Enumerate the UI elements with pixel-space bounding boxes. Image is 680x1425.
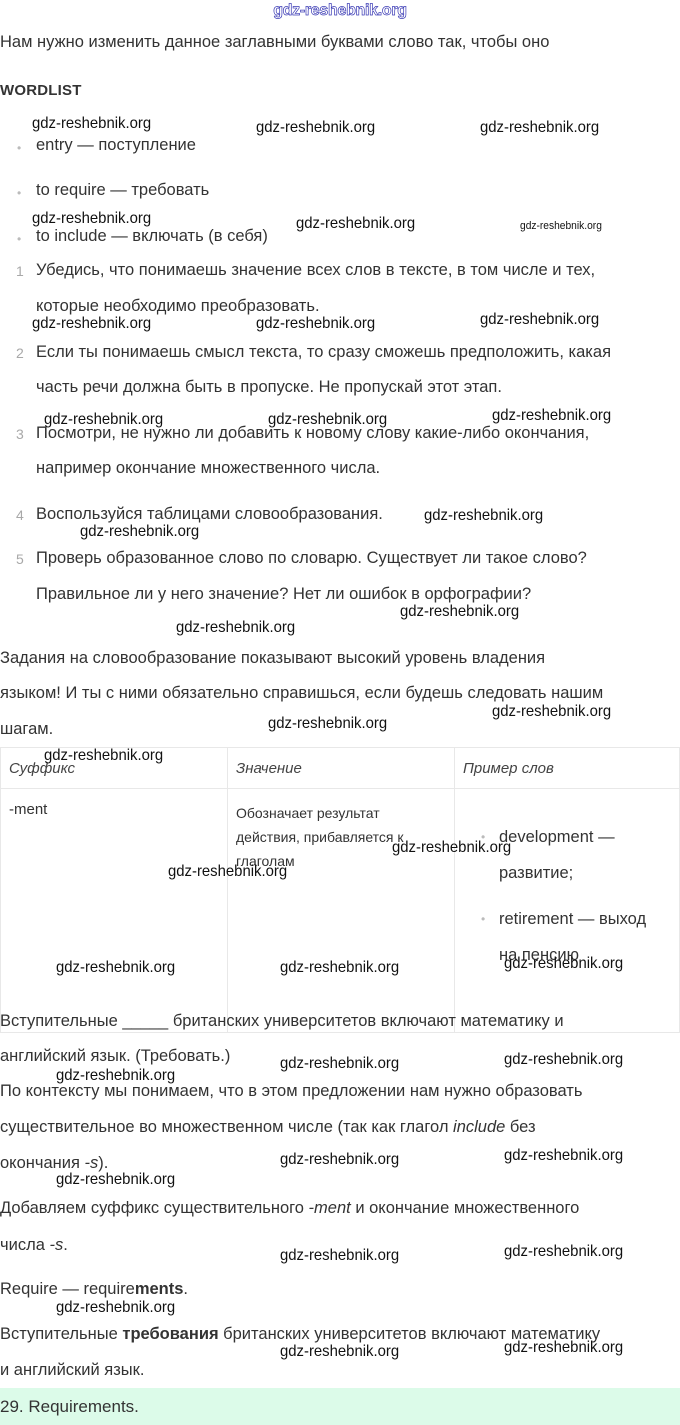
watermark: gdz-reshebnik.org	[504, 1147, 623, 1165]
watermark: gdz-reshebnik.org	[424, 507, 543, 525]
list-item: entry — поступление	[36, 136, 196, 155]
watermark: gdz-reshebnik.org	[504, 1051, 623, 1069]
list-item: to require — требовать	[36, 181, 209, 200]
watermark: gdz-reshebnik.org	[504, 955, 623, 973]
example-line: развитие;	[499, 855, 671, 891]
watermark: gdz-reshebnik.org	[480, 311, 599, 329]
wordlist-heading: WORDLIST	[0, 82, 82, 99]
watermark: gdz-reshebnik.org	[400, 603, 519, 621]
step-text: Убедись, что понимаешь значение всех сло…	[36, 261, 595, 280]
watermark: gdz-reshebnik.org	[44, 411, 163, 429]
watermark: gdz-reshebnik.org	[296, 215, 415, 233]
table-row: -ment Обозначает результат действия, при…	[1, 789, 680, 1033]
watermark: gdz-reshebnik.org	[280, 1247, 399, 1265]
table-header: Пример слов	[455, 748, 680, 789]
answer-box: 29. Requirements.	[0, 1388, 680, 1425]
watermark: gdz-reshebnik.org	[280, 959, 399, 977]
watermark: gdz-reshebnik.org	[168, 863, 287, 881]
watermark: gdz-reshebnik.org	[32, 210, 151, 228]
watermark: gdz-reshebnik.org	[256, 119, 375, 137]
explanation-text: Require — requirements.	[0, 1280, 188, 1299]
watermark: gdz-reshebnik.org	[280, 1055, 399, 1073]
examples-cell: • development — развитие; • retirement —…	[455, 789, 680, 1033]
explanation-text: Добавляем суффикс существительного -ment…	[0, 1199, 579, 1218]
watermark: gdz-reshebnik.org	[392, 839, 511, 857]
watermark: gdz-reshebnik.org	[56, 1067, 175, 1085]
suffix-cell: -ment	[1, 789, 228, 1033]
example-line: development —	[499, 819, 671, 855]
explanation-text: существительное во множественном числе (…	[0, 1118, 536, 1137]
encouragement-text: Задания на словообразование показывают в…	[0, 649, 545, 668]
watermark: gdz-reshebnik.org	[520, 220, 602, 232]
watermark: gdz-reshebnik.org	[492, 703, 611, 721]
table-header: Значение	[228, 748, 455, 789]
bullet-icon: •	[17, 141, 21, 155]
watermark: gdz-reshebnik.org	[56, 959, 175, 977]
watermark: gdz-reshebnik.org	[504, 1243, 623, 1261]
step-text: например окончание множественного числа.	[36, 459, 380, 478]
step-number: 1	[16, 263, 24, 279]
intro-text: Нам нужно изменить данное заглавными бук…	[0, 33, 549, 52]
watermark: gdz-reshebnik.org	[256, 315, 375, 333]
encouragement-text: шагам.	[0, 720, 53, 739]
step-text: Правильное ли у него значение? Нет ли ош…	[36, 585, 531, 604]
bullet-icon: •	[17, 232, 21, 246]
step-text: Воспользуйся таблицами словообразования.	[36, 505, 383, 524]
step-text: часть речи должна быть в пропуске. Не пр…	[36, 378, 502, 397]
watermark: gdz-reshebnik.org	[32, 315, 151, 333]
watermark: gdz-reshebnik.org	[280, 1151, 399, 1169]
watermark: gdz-reshebnik.org	[80, 523, 199, 541]
bullet-icon: •	[481, 901, 485, 937]
task-text: Вступительные _____ британских университ…	[0, 1012, 564, 1031]
step-text: которые необходимо преобразовать.	[36, 297, 320, 316]
explanation-text: числа -s.	[0, 1236, 68, 1255]
task-text: английский язык. (Требовать.)	[0, 1047, 230, 1066]
encouragement-text: языком! И ты с ними обязательно справишь…	[0, 684, 603, 703]
example-line: retirement — выход	[499, 901, 671, 937]
suffix-table: Суффикс Значение Пример слов -ment Обозн…	[0, 747, 680, 1033]
explanation-text: и английский язык.	[0, 1361, 144, 1380]
step-text: Если ты понимаешь смысл текста, то сразу…	[36, 343, 611, 362]
step-number: 2	[16, 345, 24, 361]
watermark: gdz-reshebnik.org	[280, 1343, 399, 1361]
watermark: gdz-reshebnik.org	[44, 747, 163, 765]
watermark: gdz-reshebnik.org	[492, 407, 611, 425]
watermark: gdz-reshebnik.org	[504, 1339, 623, 1357]
bullet-icon: •	[17, 186, 21, 200]
step-number: 3	[16, 426, 24, 442]
step-text: Проверь образованное слово по словарю. С…	[36, 549, 587, 568]
watermark: gdz-reshebnik.org	[56, 1171, 175, 1189]
watermark: gdz-reshebnik.org	[56, 1299, 175, 1317]
list-item: to include — включать (в себя)	[36, 227, 268, 246]
watermark: gdz-reshebnik.org	[32, 115, 151, 133]
meaning-cell: Обозначает результат действия, прибавляе…	[228, 789, 455, 1033]
step-number: 4	[16, 507, 24, 523]
watermark: gdz-reshebnik.org	[268, 715, 387, 733]
watermark: gdz-reshebnik.org	[480, 119, 599, 137]
step-number: 5	[16, 551, 24, 567]
watermark: gdz-reshebnik.org	[176, 619, 295, 637]
meaning-line: Обозначает результат	[236, 801, 446, 825]
watermark: gdz-reshebnik.org	[268, 411, 387, 429]
site-logo[interactable]: gdz-reshebnik.org	[0, 2, 680, 20]
